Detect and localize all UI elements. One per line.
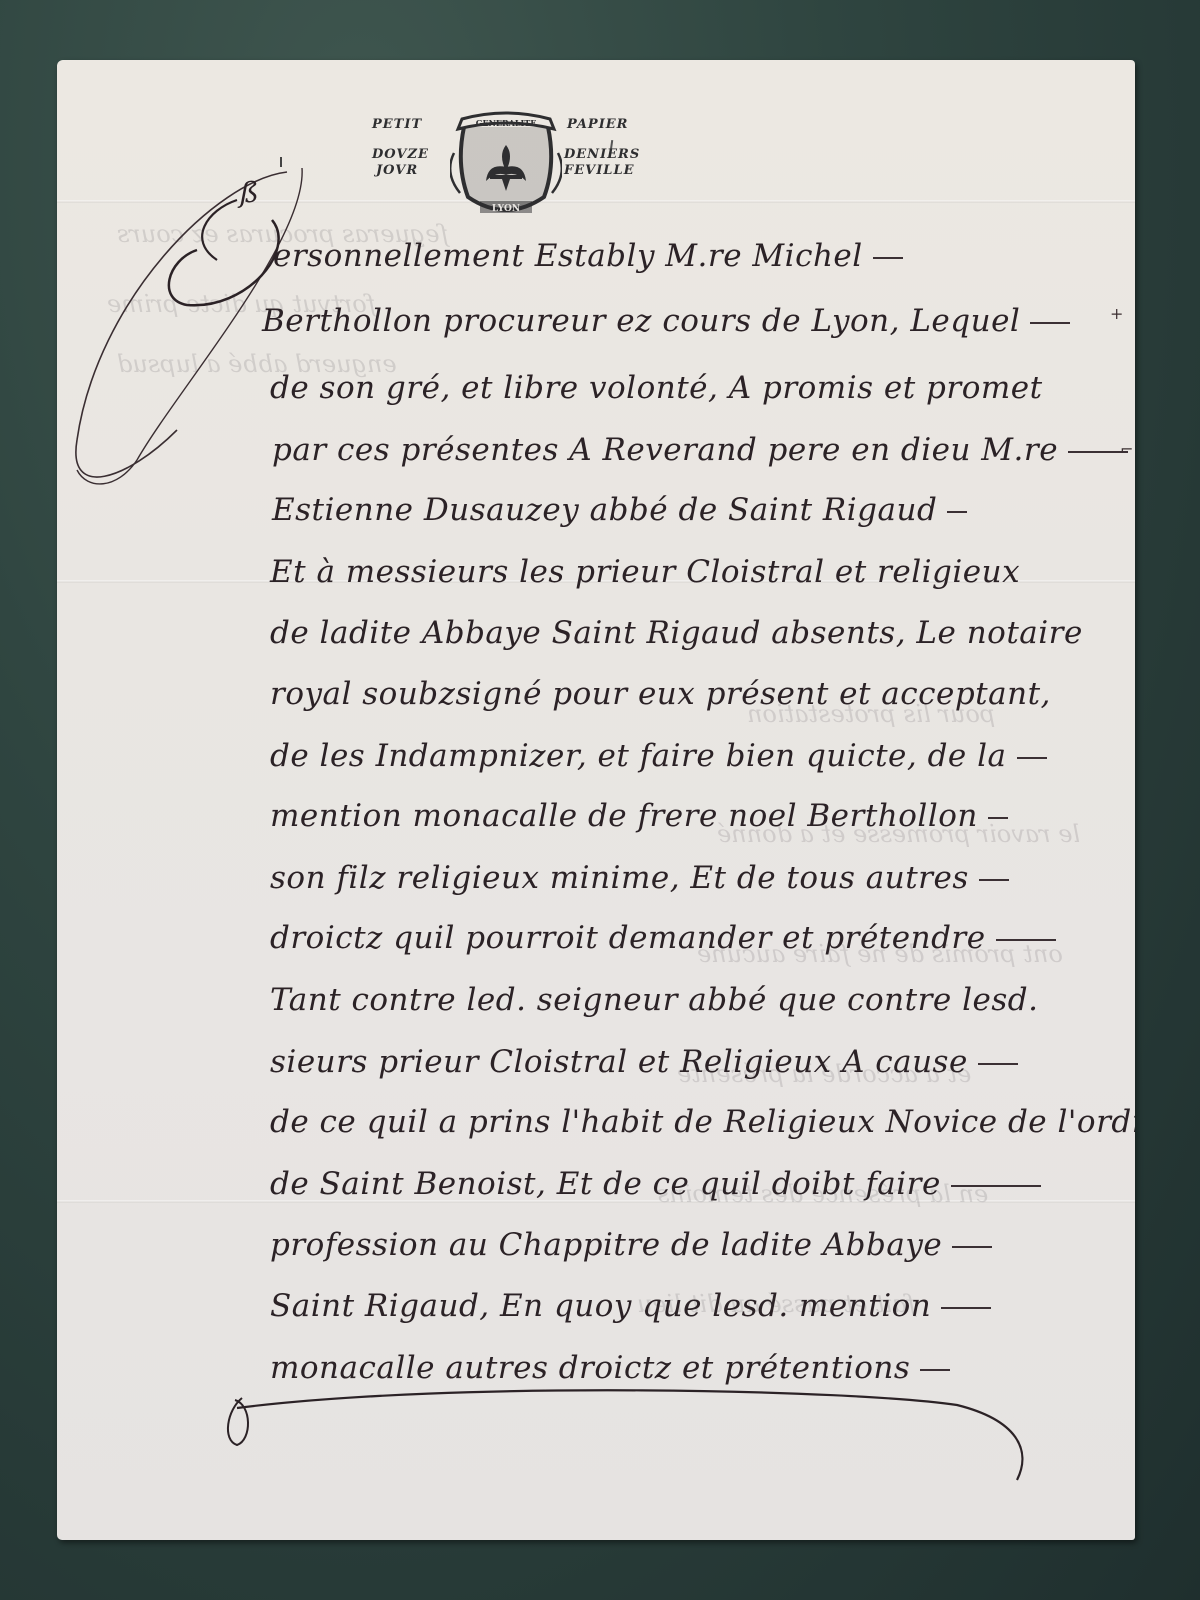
margin-cross-mark: + (1110, 304, 1123, 323)
document-page: ſegueras procuras ez cours fortvut qu di… (57, 60, 1135, 1540)
margin-tick-mark: ⌐ (1120, 440, 1133, 459)
closing-flourish-icon (57, 60, 1135, 1540)
